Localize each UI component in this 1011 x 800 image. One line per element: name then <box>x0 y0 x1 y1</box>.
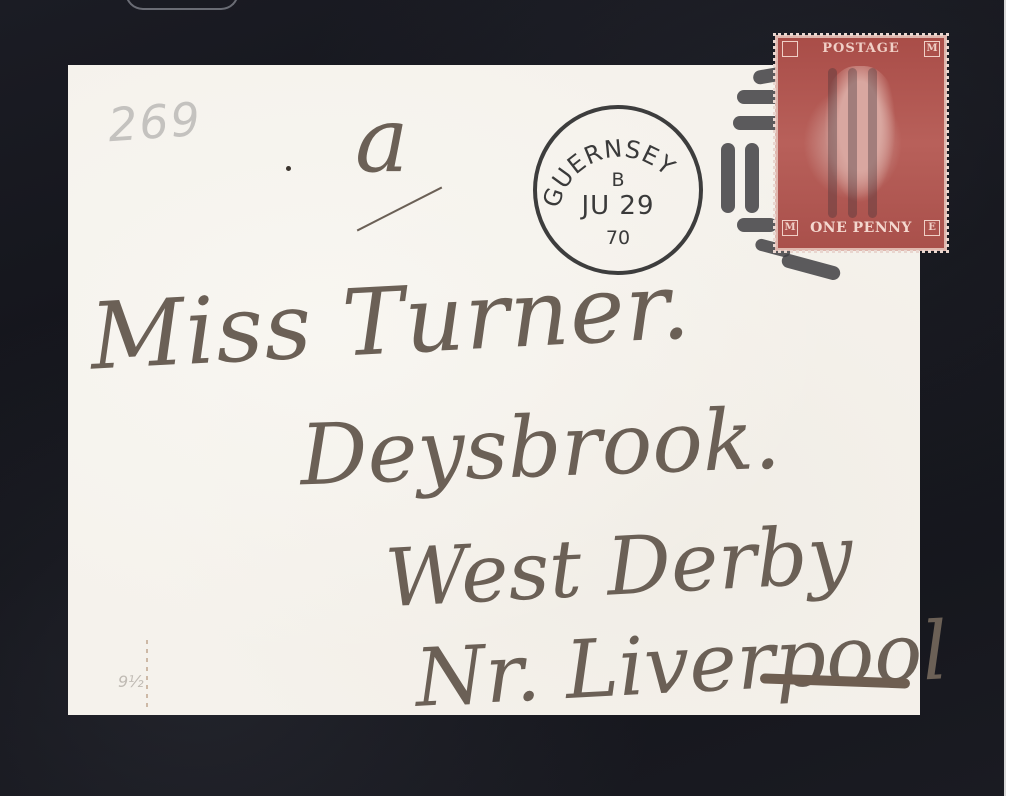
datestamp-code: B <box>537 169 699 191</box>
stamp-cancel-bars <box>818 68 898 228</box>
address-line-house: Deysbrook. <box>298 390 781 505</box>
pencil-inventory-number: 269 <box>106 92 203 152</box>
stamp-top-text: POSTAGE <box>778 41 944 56</box>
stamp-corner-br: E <box>924 220 940 236</box>
datestamp-date: JU 29 <box>537 191 699 221</box>
stamp-corner-tr: M <box>924 41 940 57</box>
envelope-flap-edge <box>125 0 239 10</box>
stamp-corner-tl <box>782 41 798 57</box>
mourning-envelope: 269 9½ a Miss Turner. Deysbrook. West De… <box>0 0 1006 796</box>
manuscript-mark: a <box>355 88 409 193</box>
pencil-price-note: 9½ <box>118 672 144 691</box>
guernsey-datestamp: GUERNSEY B JU 29 70 <box>533 105 703 275</box>
ink-dot <box>286 166 291 171</box>
penny-red-stamp: POSTAGE M M E ONE PENNY <box>778 38 944 248</box>
stamp-value-text: ONE PENNY <box>796 220 926 236</box>
pencil-tick-mark <box>146 640 148 710</box>
datestamp-year: 70 <box>537 227 699 249</box>
